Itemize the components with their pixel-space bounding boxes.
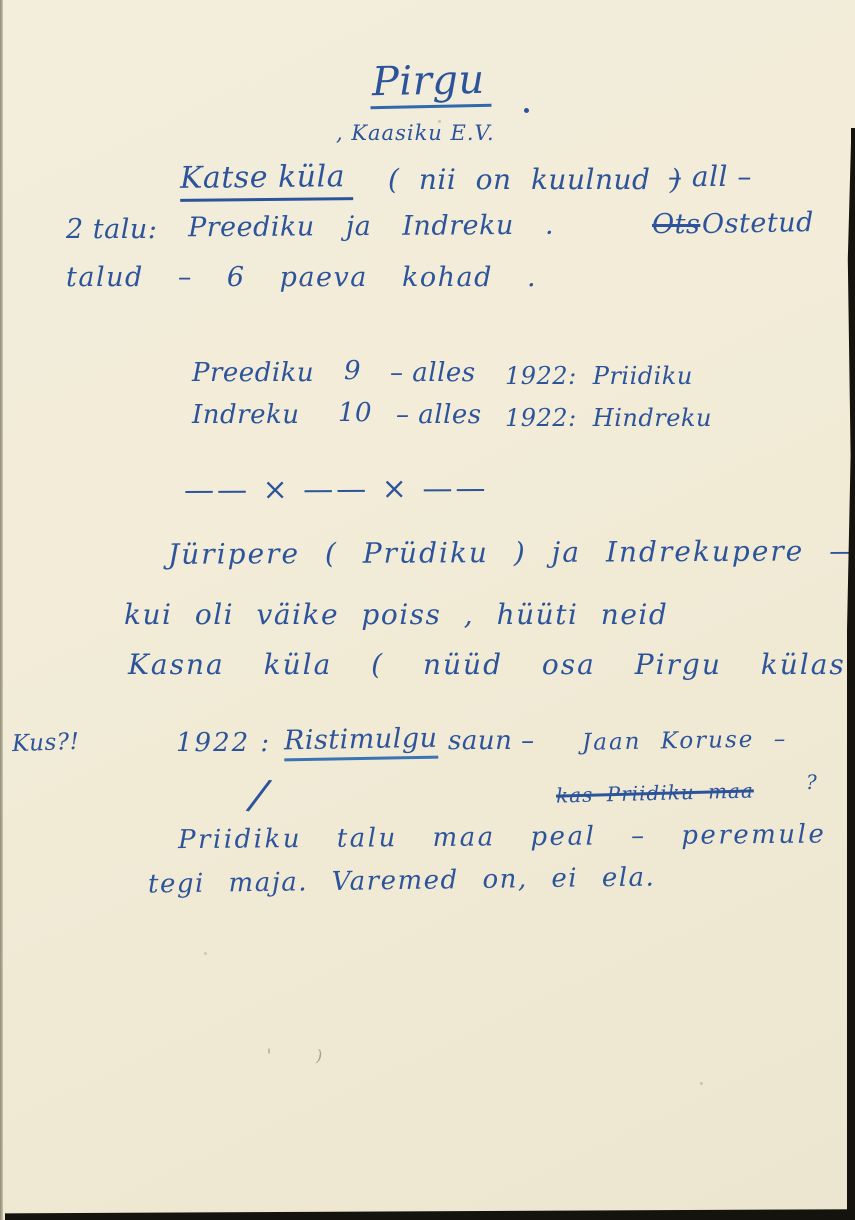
scan-edge-bottom (5, 1208, 855, 1220)
sauna-entry-person: Jaan Koruse – (582, 726, 788, 756)
ink-dot (524, 108, 529, 113)
intro-after-word: Ostetud (702, 207, 814, 240)
section-divider: —— × —— × —— (184, 471, 489, 508)
farm-row-number: 10 (338, 398, 372, 428)
paper-speck (300, 282, 303, 285)
crossed-out-note: kas Priidiku maa (556, 778, 754, 807)
scan-edge-left (0, 0, 3, 1220)
intro-farm-names: Preediku ja Indreku . (188, 210, 554, 244)
farm-row-name: Preediku (192, 358, 314, 388)
intro-crossed-out-word: Ots (652, 209, 700, 240)
paper-speck (438, 120, 441, 123)
page-title: Pirgu (369, 57, 491, 110)
paper-speck (700, 1082, 703, 1085)
scan-edge-right (847, 128, 855, 1220)
village-heading: Katse küla (180, 159, 353, 202)
scanned-notebook-page: Pirgu , Kaasiku E.V. Katse küla ( nii on… (0, 0, 855, 1220)
sauna-entry-mid: saun – (448, 726, 535, 756)
farm-row-year-note: 1922: Hindreku (505, 404, 712, 432)
closing-line2: tegi maja. Varemed on, ei ela. (148, 862, 656, 899)
paper-speck (204, 952, 207, 955)
stray-pencil-mark: ) (316, 1046, 323, 1065)
farm-row-status: – alles (390, 358, 476, 388)
paragraph-line1: Jüripere ( Prüdiku ) ja Indrekupere — (168, 534, 855, 571)
paragraph-line3: Kasna küla ( nüüd osa Pirgu külast ) (128, 648, 855, 681)
crossed-out-note-question: ? (806, 770, 817, 794)
farm-row-number: 9 (344, 356, 361, 386)
intro-lead: 2 talu: (66, 214, 157, 245)
paragraph-line2: kui oli väike poiss , hüüti neid (124, 598, 668, 631)
farm-row-status: – alles (396, 400, 482, 430)
slash-mark: / (248, 769, 271, 820)
paper-speck (642, 182, 645, 184)
closing-line1: Priidiku talu maa peal – peremule isa (178, 819, 855, 855)
intro-line2: talud – 6 paeva kohad . (66, 262, 537, 293)
heading-parenthetical: ( nii on kuulnud ) (388, 163, 681, 196)
sauna-entry-year: 1922 : (176, 728, 271, 758)
sauna-entry-place: Ristimulgu (284, 723, 438, 762)
subtitle-annotation: , Kaasiku E.V. (336, 121, 495, 145)
heading-tail-note: – all – (668, 160, 752, 193)
farm-row-year-note: 1922: Priidiku (505, 362, 693, 390)
margin-question-note: Kus?! (12, 729, 80, 757)
paper-speck (268, 1048, 270, 1054)
farm-row-name: Indreku (192, 400, 299, 430)
